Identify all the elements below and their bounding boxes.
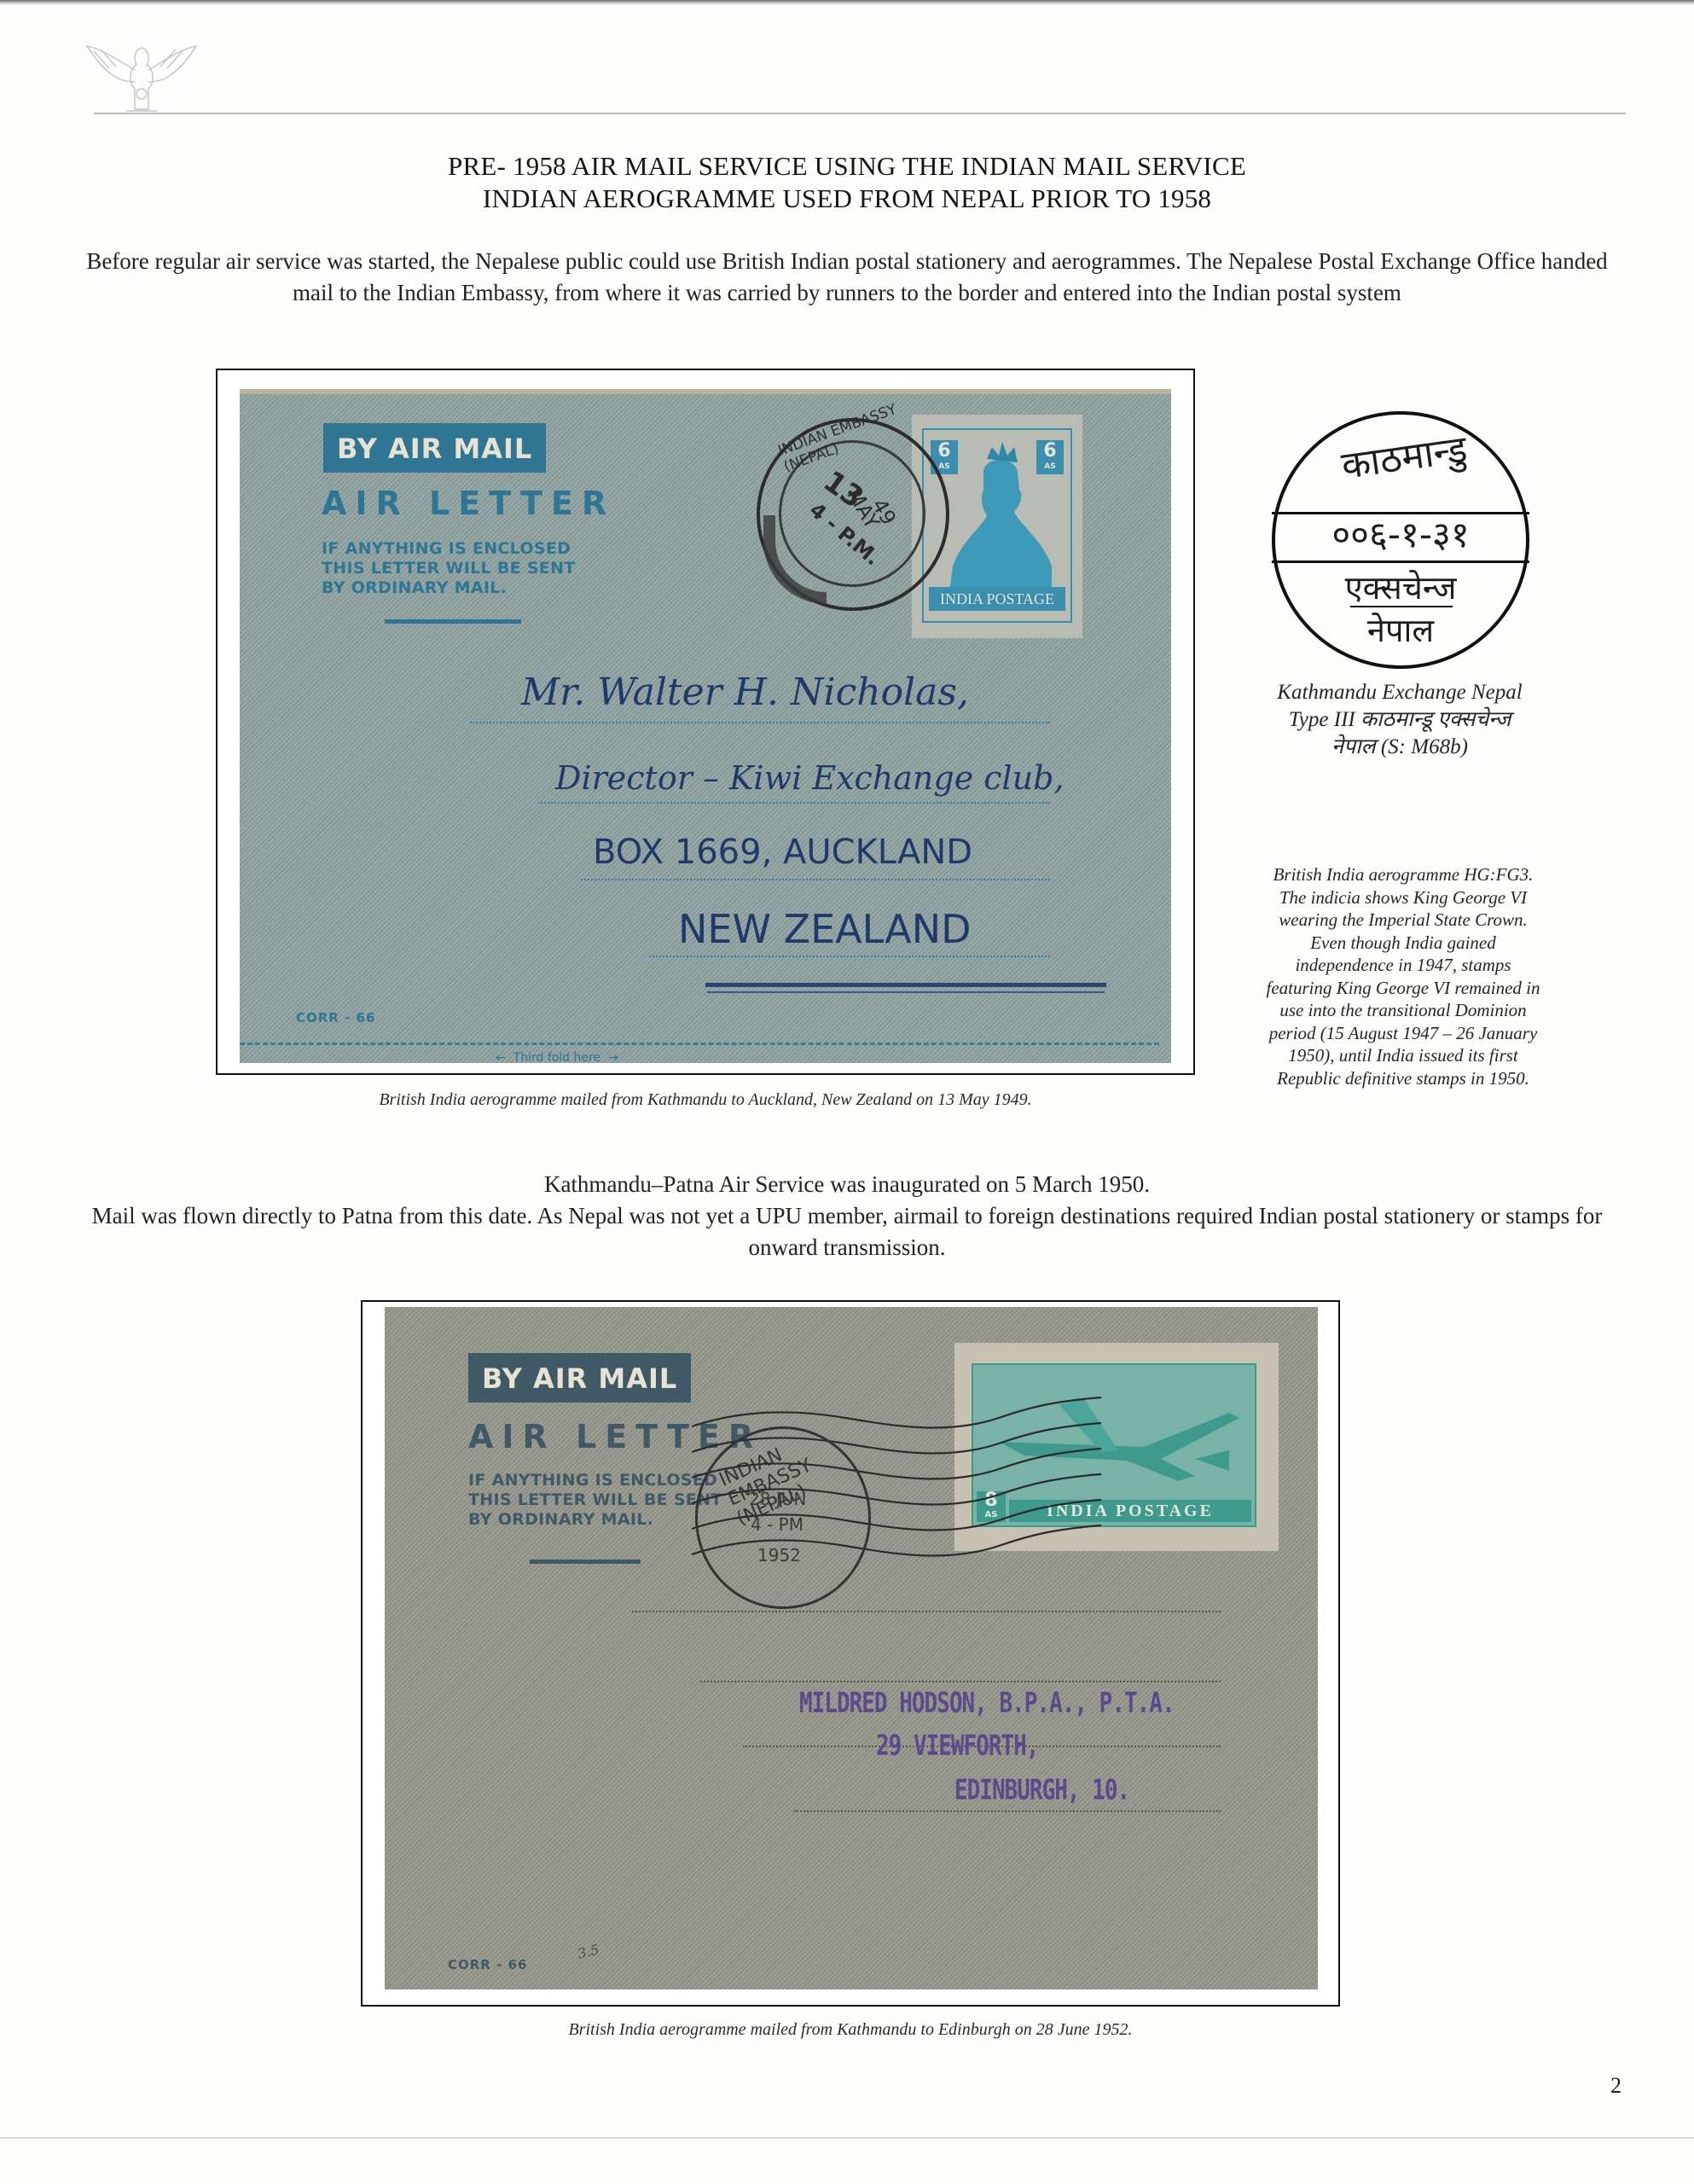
- ornament-rule: [530, 1560, 641, 1564]
- indian-embassy-postmark: 13 MAY 49 4 - P.M. INDIAN EMBASSY (NEPAL…: [757, 418, 949, 611]
- page-number: 2: [1610, 2073, 1621, 2099]
- page-subtitle: INDIAN AEROGRAMME USED FROM NEPAL PRIOR …: [0, 183, 1694, 214]
- indian-embassy-postmark: INDIAN EMBASSY (NEPAL) 28 JUN 4 - PM 195…: [695, 1426, 871, 1609]
- garuda-emblem-icon: [75, 39, 208, 114]
- intro-paragraph: Before regular air service was started, …: [77, 246, 1617, 309]
- address-line-3: EDINBURGH, 10.: [954, 1774, 1129, 1807]
- fold-line: [240, 1043, 1159, 1045]
- aerogramme-1: BY AIR MAIL AIR LETTER IF ANYTHING IS EN…: [240, 389, 1171, 1063]
- aerogramme-1-caption: British India aerogramme mailed from Kat…: [216, 1090, 1195, 1110]
- air-letter-heading: AIR LETTER: [322, 485, 615, 522]
- ornament-rule: [385, 619, 521, 624]
- by-air-mail-label: BY AIR MAIL: [323, 423, 546, 473]
- aerogramme-1-frame: BY AIR MAIL AIR LETTER IF ANYTHING IS EN…: [216, 369, 1195, 1075]
- section-2-paragraph: Kathmandu–Patna Air Service was inaugura…: [77, 1169, 1617, 1263]
- side-note: British India aerogramme HG:FG3. The ind…: [1220, 863, 1587, 1089]
- stamp-value-right: 6AS: [1036, 440, 1064, 474]
- by-air-mail-label: BY AIR MAIL: [468, 1353, 691, 1403]
- fold-instruction: ← Third fold here →: [496, 1051, 618, 1063]
- address-underline: [705, 983, 1106, 987]
- scan-edge-shadow: [0, 0, 1694, 5]
- stamp-country-label: INDIA POSTAGE: [929, 587, 1065, 611]
- side-postmark-caption: Kathmandu Exchange Nepal Type III काठमान…: [1228, 679, 1571, 761]
- aerogramme-2-frame: BY AIR MAIL AIR LETTER IF ANYTHING IS EN…: [361, 1300, 1340, 2007]
- address-line-1: Mr. Walter H. Nicholas,: [521, 671, 969, 714]
- bottom-rule: [0, 2137, 1694, 2139]
- address-line-4: NEW ZEALAND: [678, 906, 972, 952]
- address-line-3: BOX 1669, AUCKLAND: [593, 833, 972, 872]
- address-line-2: Director – Kiwi Exchange club,: [555, 759, 1065, 797]
- pencil-note: 3.5: [576, 1941, 600, 1962]
- aerogramme-2: BY AIR MAIL AIR LETTER IF ANYTHING IS EN…: [385, 1307, 1318, 1989]
- postmark-middle-text: एक्सचेन्ज: [1272, 565, 1529, 609]
- address-line-1: MILDRED HODSON, B.P.A., P.T.A.: [799, 1687, 1175, 1720]
- header-rule: [94, 113, 1626, 114]
- aerogramme-2-caption: British India aerogramme mailed from Kat…: [361, 2020, 1340, 2040]
- enclosure-notice: IF ANYTHING IS ENCLOSED THIS LETTER WILL…: [468, 1471, 722, 1530]
- enclosure-notice: IF ANYTHING IS ENCLOSED THIS LETTER WILL…: [322, 539, 576, 598]
- kathmandu-exchange-postmark-drawing: काठमान्डु ००६-१-३१ एक्सचेन्ज नेपाल: [1272, 411, 1529, 669]
- page-title: PRE- 1958 AIR MAIL SERVICE USING THE IND…: [0, 151, 1694, 182]
- corr-code: CORR - 66: [448, 1957, 527, 1972]
- postmark-bottom-text: नेपाल: [1272, 607, 1529, 652]
- address-line-2: 29 VIEWFORTH,: [876, 1730, 1039, 1763]
- corr-code: CORR - 66: [296, 1010, 375, 1025]
- postmark-date: ००६-१-३१: [1272, 512, 1529, 558]
